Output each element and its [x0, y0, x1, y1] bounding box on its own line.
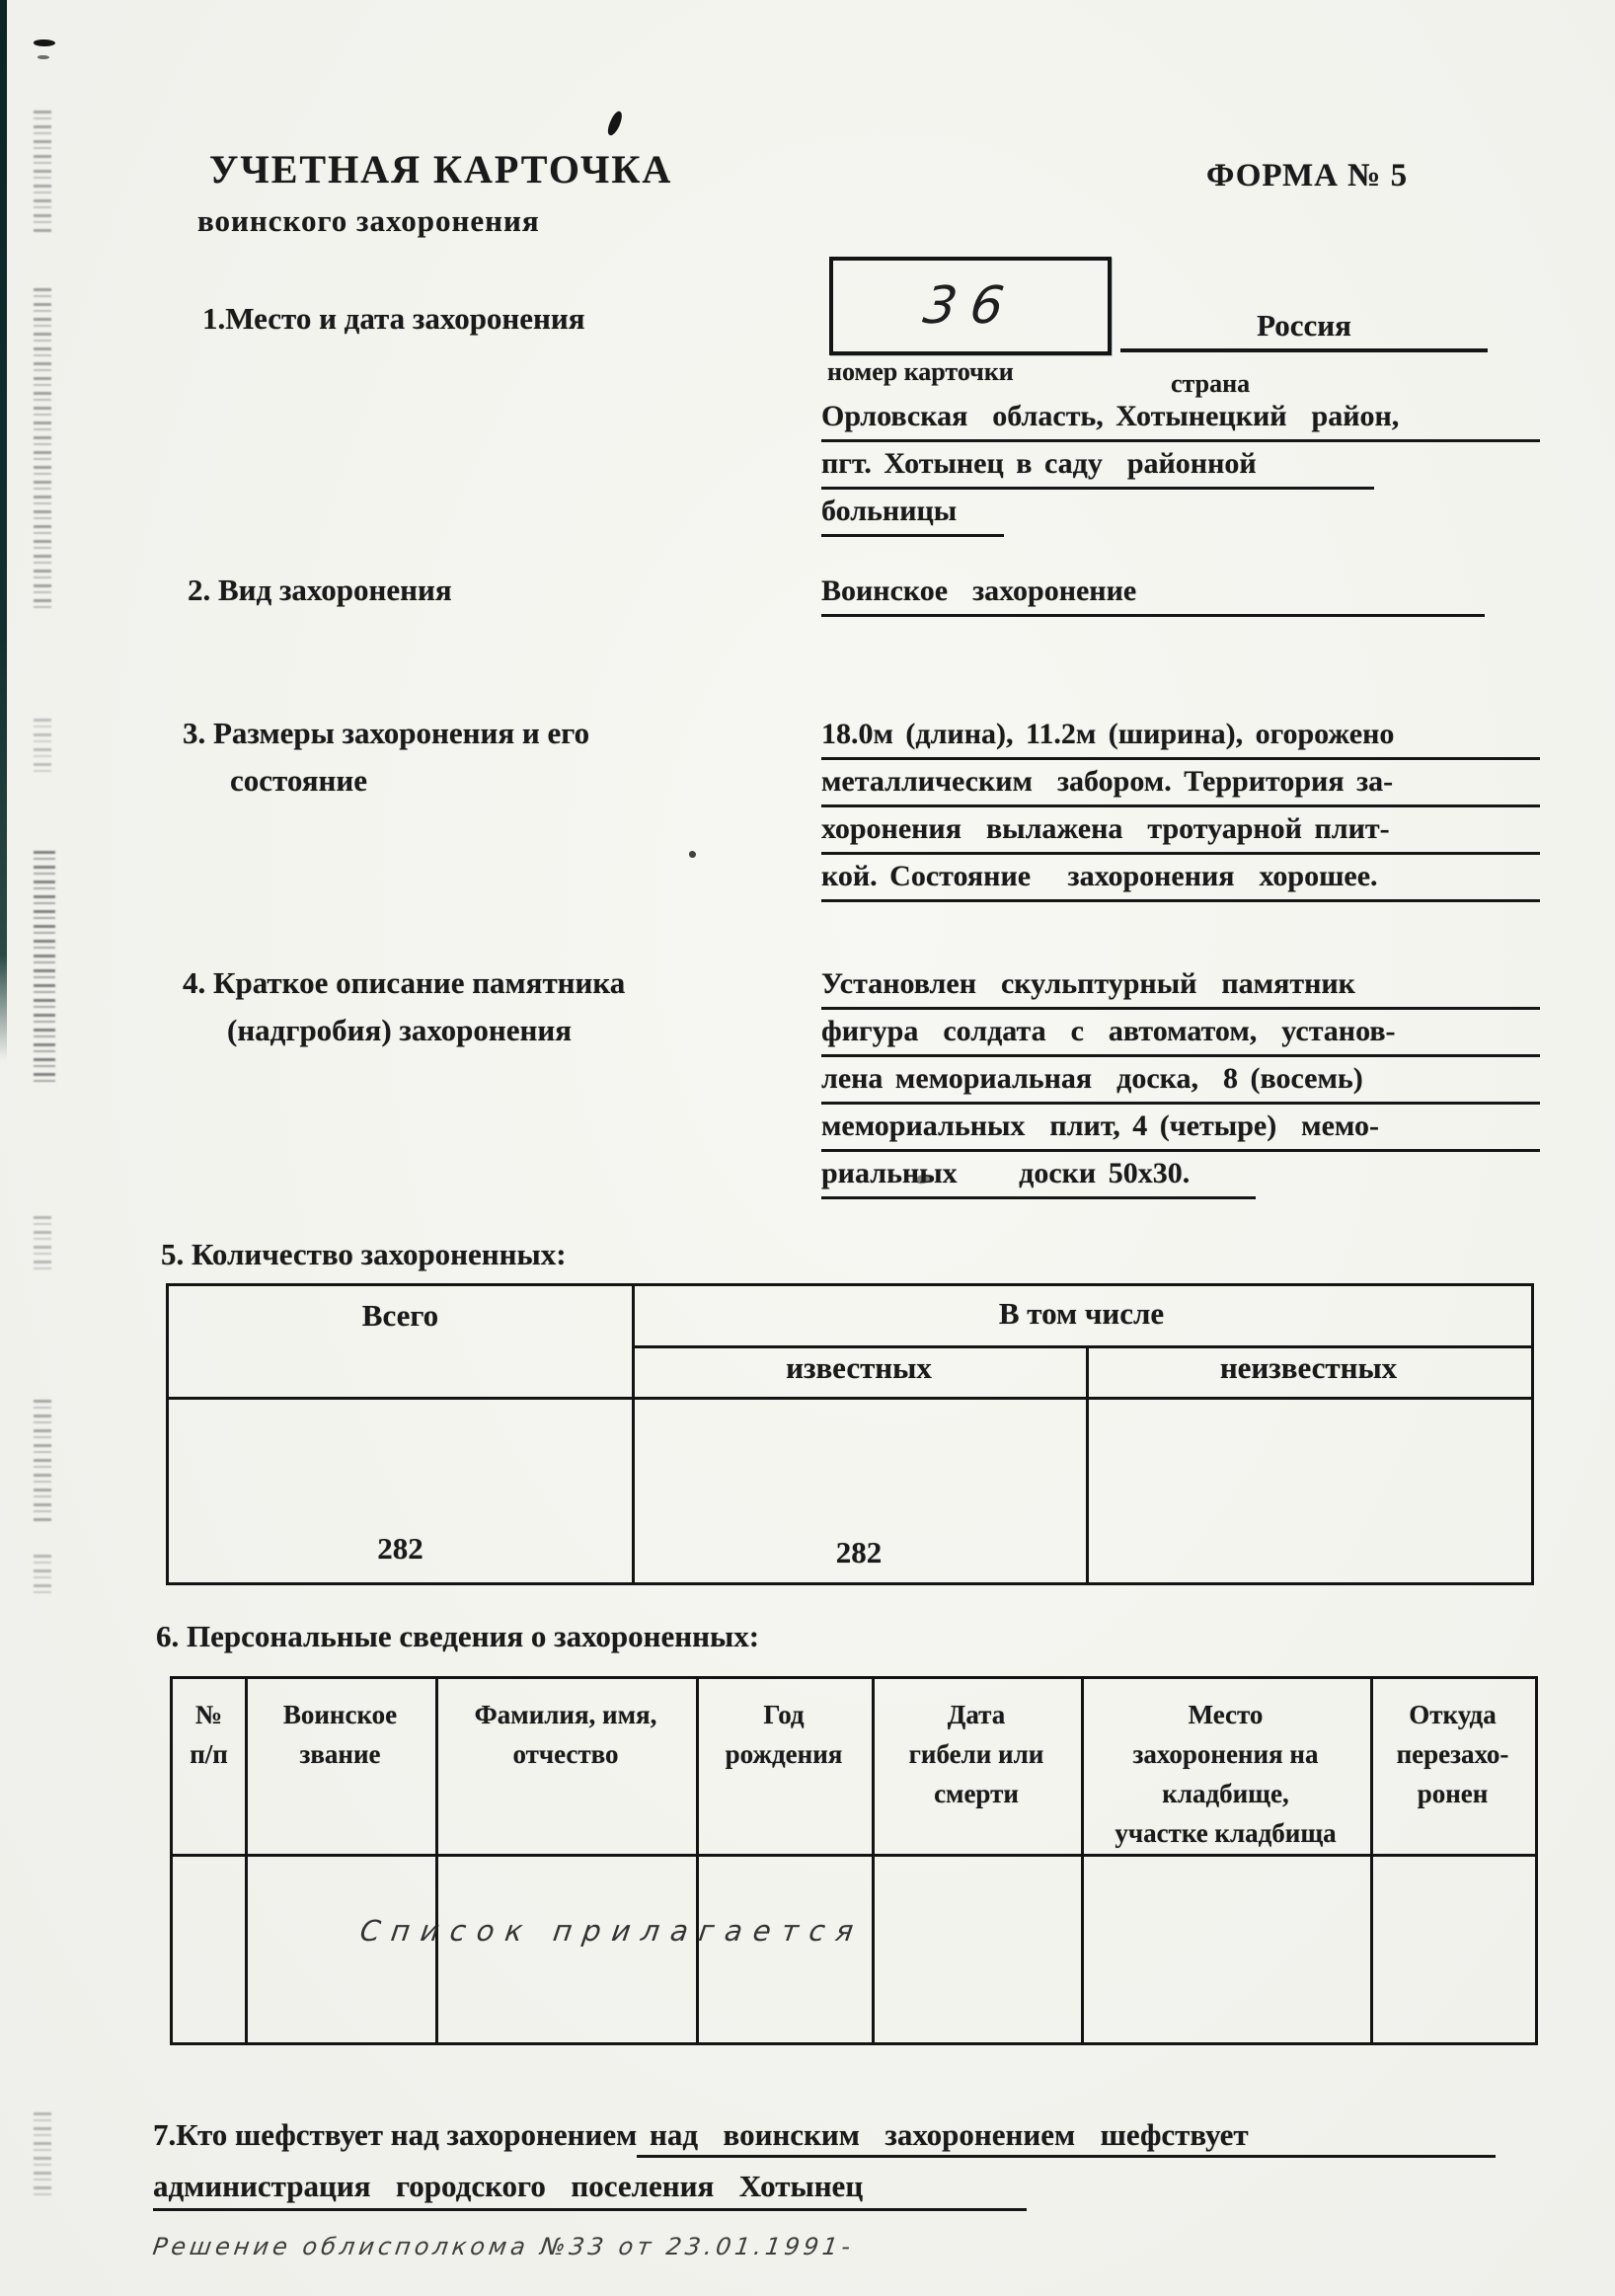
header-line: участке кладбища — [1081, 1813, 1370, 1853]
scan-blot — [38, 55, 49, 59]
col-header-rank: Воинское звание — [245, 1695, 435, 1774]
monument-line: Установлен скульптурный памятник — [821, 962, 1540, 1010]
header-line: звание — [245, 1734, 435, 1774]
caretaker-value-line2: администрация городского поселения Хотын… — [153, 2169, 1027, 2211]
header-line: захоронения на — [1081, 1734, 1370, 1774]
form-number-label: ФОРМА № 5 — [1206, 158, 1408, 194]
scan-artifact — [34, 1400, 51, 1523]
header-line: рождения — [696, 1734, 872, 1774]
col-header-birth-year: Год рождения — [696, 1695, 872, 1774]
col-header-known: известных — [632, 1350, 1086, 1386]
monument-description-block: Установлен скульптурный памятник фигура … — [821, 962, 1540, 1199]
scan-artifact — [34, 851, 55, 1083]
card-number-value: 36 — [920, 276, 1022, 336]
header-line: п/п — [173, 1734, 245, 1774]
header-line: перезахо- — [1370, 1734, 1535, 1774]
header-line: Воинское — [245, 1695, 435, 1734]
card-number-caption: номер карточки — [827, 357, 1014, 387]
size-line: хоронения вылажена тротуарной плит- — [821, 807, 1540, 855]
section4-label-line1: 4. Краткое описание памятника — [183, 965, 625, 1001]
scan-edge-strip — [0, 0, 7, 1061]
header-line: смерти — [872, 1774, 1081, 1813]
header-line: Дата — [872, 1695, 1081, 1734]
caretaker-value-line1: над воинским захоронением шефствует — [637, 2117, 1496, 2158]
section3-label-line1: 3. Размеры захоронения и его — [183, 716, 589, 751]
section2-label: 2. Вид захоронения — [188, 573, 452, 608]
page-subtitle: воинского захоронения — [197, 203, 540, 239]
scan-artifact — [34, 719, 51, 778]
col-header-number: № п/п — [173, 1695, 245, 1774]
scan-blot — [34, 39, 55, 46]
scan-artifact — [34, 1555, 51, 1599]
known-count-value: 282 — [632, 1535, 1086, 1570]
total-count-value: 282 — [169, 1531, 632, 1567]
section3-label-line2: состояние — [230, 763, 367, 799]
section7-label: 7.Кто шефствует над захоронением — [153, 2117, 637, 2158]
header-line: № — [173, 1695, 245, 1734]
burial-location-block: Орловская область, Хотынецкий район, пгт… — [821, 395, 1540, 537]
size-line: кой. Состояние захоронения хорошее. — [821, 855, 1540, 902]
location-line: пгт. Хотынец в саду районной — [821, 442, 1374, 490]
monument-line: лена мемориальная доска, 8 (восемь) — [821, 1057, 1540, 1105]
size-line: металлическим забором. Территория за- — [821, 760, 1540, 807]
location-line: Орловская область, Хотынецкий район, — [821, 395, 1540, 442]
scan-artifact — [34, 2112, 51, 2201]
card-number-box: 36 — [829, 257, 1112, 355]
burial-registration-card-scan: УЧЕТНАЯ КАРТОЧКА воинского захоронения Ф… — [0, 0, 1615, 2296]
size-line: 18.0м (длина), 11.2м (ширина), огорожено — [821, 713, 1540, 760]
scan-artifact — [34, 1216, 51, 1275]
section1-label: 1.Место и дата захоронения — [202, 301, 585, 337]
monument-line: риальных доски 50х30. — [821, 1152, 1256, 1199]
page-title: УЧЕТНАЯ КАРТОЧКА — [209, 146, 672, 192]
col-header-death-date: Дата гибели или смерти — [872, 1695, 1081, 1813]
burial-count-table: Всего В том числе известных неизвестных … — [166, 1283, 1534, 1585]
scan-artifact — [34, 288, 51, 614]
header-line: кладбище, — [1081, 1774, 1370, 1813]
list-attached-handwritten-note: Список прилагается — [358, 1914, 867, 1948]
country-value: Россия — [1120, 308, 1488, 352]
location-line: больницы — [821, 490, 1004, 537]
personal-details-table: № п/п Воинское звание Фамилия, имя, отче… — [170, 1676, 1538, 2045]
col-header-grave-location: Место захоронения на кладбище, участке к… — [1081, 1695, 1370, 1853]
scan-artifact — [34, 111, 51, 234]
burial-type-value: Воинское захоронение — [821, 570, 1485, 617]
section7-line1: 7.Кто шефствует над захоронением над вои… — [153, 2117, 1496, 2158]
section6-label: 6. Персональные сведения о захороненных: — [156, 1619, 759, 1654]
section5-label: 5. Количество захороненных: — [161, 1237, 567, 1272]
decision-handwritten-note: Решение облисполкома №33 от 23.01.1991- — [151, 2233, 856, 2260]
header-line: Фамилия, имя, — [435, 1695, 696, 1734]
scan-blot — [605, 110, 625, 137]
section4-label-line2: (надгробия) захоронения — [227, 1013, 572, 1048]
col-header-total: Всего — [169, 1298, 632, 1334]
header-line: Откуда — [1370, 1695, 1535, 1734]
header-line: ронен — [1370, 1774, 1535, 1813]
table-line — [632, 1345, 1531, 1348]
scan-blot — [689, 851, 696, 858]
header-line: Год — [696, 1695, 872, 1734]
col-header-reburied-from: Откуда перезахо- ронен — [1370, 1695, 1535, 1813]
monument-line: мемориальных плит, 4 (четыре) мемо- — [821, 1105, 1540, 1152]
col-header-full-name: Фамилия, имя, отчество — [435, 1695, 696, 1774]
monument-line: фигура солдата с автоматом, установ- — [821, 1010, 1540, 1057]
col-header-including: В том числе — [632, 1296, 1531, 1332]
col-header-unknown: неизвестных — [1086, 1350, 1531, 1386]
table-line — [173, 1854, 1535, 1857]
table-line — [169, 1397, 1531, 1400]
burial-size-block: 18.0м (длина), 11.2м (ширина), огорожено… — [821, 713, 1540, 902]
header-line: Место — [1081, 1695, 1370, 1734]
header-line: гибели или — [872, 1734, 1081, 1774]
header-line: отчество — [435, 1734, 696, 1774]
